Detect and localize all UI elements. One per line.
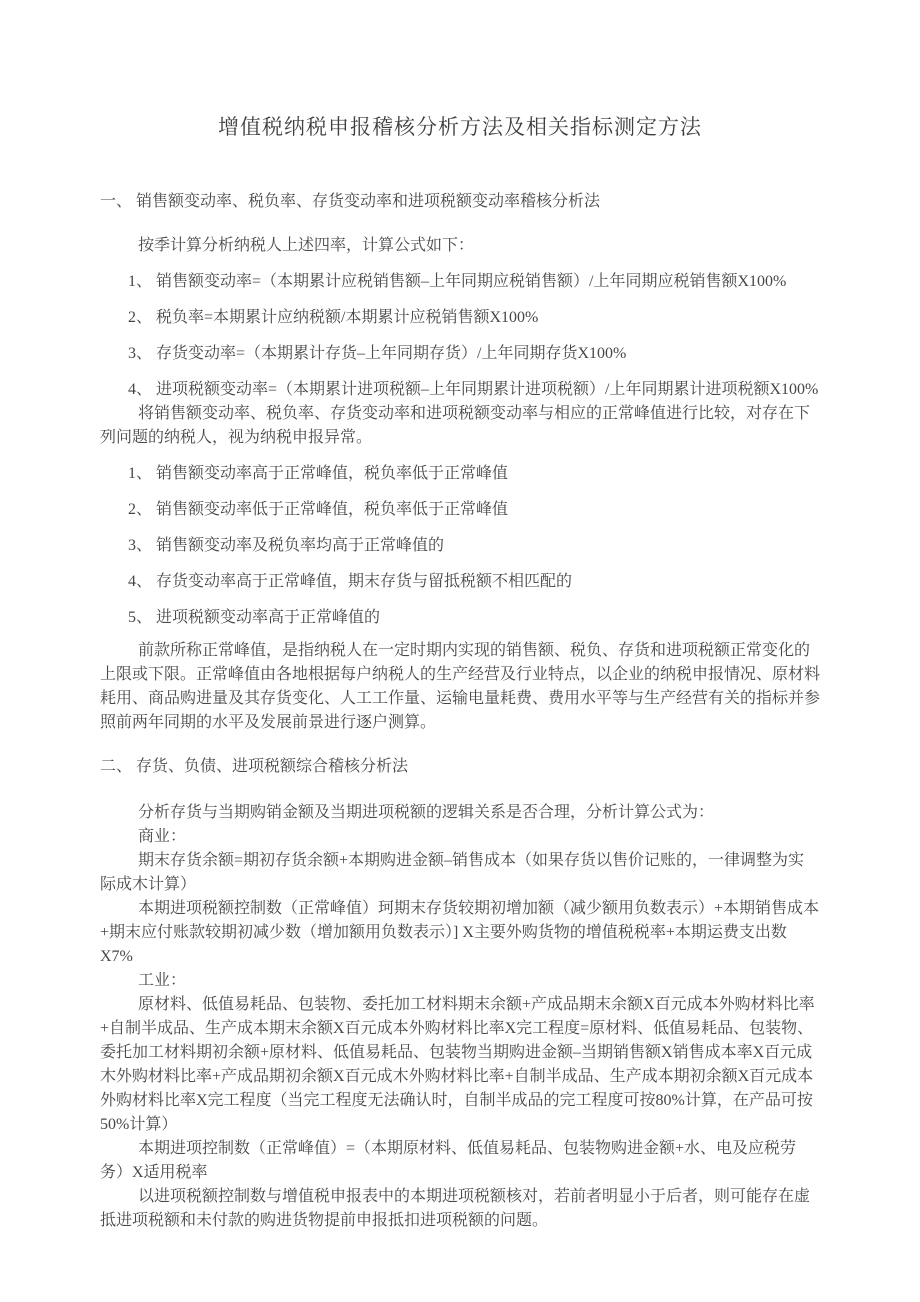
abnormal-item-2: 2、 销售额变动率低于正常峰值，税负率低于正常峰值 (100, 498, 820, 522)
commerce-label: 商业： (100, 825, 820, 849)
industry-formula-paragraph: 原材料、低值易耗品、包装物、委托加工材料期末余额+产成品期末余额X百元成本外购材… (100, 993, 820, 1137)
section-2-intro: 分析存货与当期购销金额及当期进项税额的逻辑关系是否合理，分析计算公式为： (100, 801, 820, 825)
peak-definition-paragraph: 前款所称正常峰值，是指纳税人在一定时期内实现的销售额、税负、存货和进项税额正常变… (100, 639, 820, 735)
commerce-formula-paragraph: 期末存货余额=期初存货余额+本期购进金额–销售成本（如果存货以售价记账的，一律调… (100, 849, 820, 897)
commerce-control-paragraph: 本期进项税额控制数（正常峰值）珂期末存货较期初增加额（减少额用负数表示）+本期销… (100, 897, 820, 969)
abnormal-item-4: 4、 存货变动率高于正常峰值，期末存货与留抵税额不相匹配的 (100, 570, 820, 594)
abnormal-item-1: 1、 销售额变动率高于正常峰值，税负率低于正常峰值 (100, 462, 820, 486)
formula-item-3: 3、 存货变动率=（本期累计存货–上年同期存货）/上年同期存货X100% (100, 342, 820, 366)
check-note-paragraph: 以进项税额控制数与增值税申报表中的本期进项税额核对，若前者明显小于后者，则可能存… (100, 1185, 820, 1233)
section-1-heading: 一、 销售额变动率、税负率、存货变动率和进项税额变动率稽核分析法 (100, 190, 820, 214)
section-2: 二、 存货、负债、进项税额综合稽核分析法 分析存货与当期购销金额及当期进项税额的… (100, 755, 820, 1233)
document-page: 增值税纳税申报稽核分析方法及相关指标测定方法 一、 销售额变动率、税负率、存货变… (0, 0, 920, 1302)
document-title: 增值税纳税申报稽核分析方法及相关指标测定方法 (100, 112, 820, 142)
section-2-heading: 二、 存货、负债、进项税额综合稽核分析法 (100, 755, 820, 779)
formula-item-4: 4、 进项税额变动率=（本期累计进项税额–上年同期累计进项税额）/上年同期累计进… (100, 378, 820, 402)
section-1-intro: 按季计算分析纳税人上述四率，计算公式如下： (100, 234, 820, 258)
formula-item-1: 1、 销售额变动率=（本期累计应税销售额–上年同期应税销售额）/上年同期应税销售… (100, 270, 820, 294)
formula-item-2: 2、 税负率=本期累计应纳税额/本期累计应税销售额X100% (100, 306, 820, 330)
section-1: 一、 销售额变动率、税负率、存货变动率和进项税额变动率稽核分析法 按季计算分析纳… (100, 190, 820, 735)
abnormal-item-3: 3、 销售额变动率及税负率均高于正常峰值的 (100, 534, 820, 558)
abnormal-item-5: 5、 进项税额变动率高于正常峰值的 (100, 606, 820, 630)
industry-label: 工业： (100, 969, 820, 993)
industry-control-paragraph: 本期进项控制数（正常峰值）=（本期原材料、低值易耗品、包装物购进金额+水、电及应… (100, 1137, 820, 1185)
compare-note-paragraph: 将销售额变动率、税负率、存货变动率和进项税额变动率与相应的正常峰值进行比较，对存… (100, 402, 820, 450)
